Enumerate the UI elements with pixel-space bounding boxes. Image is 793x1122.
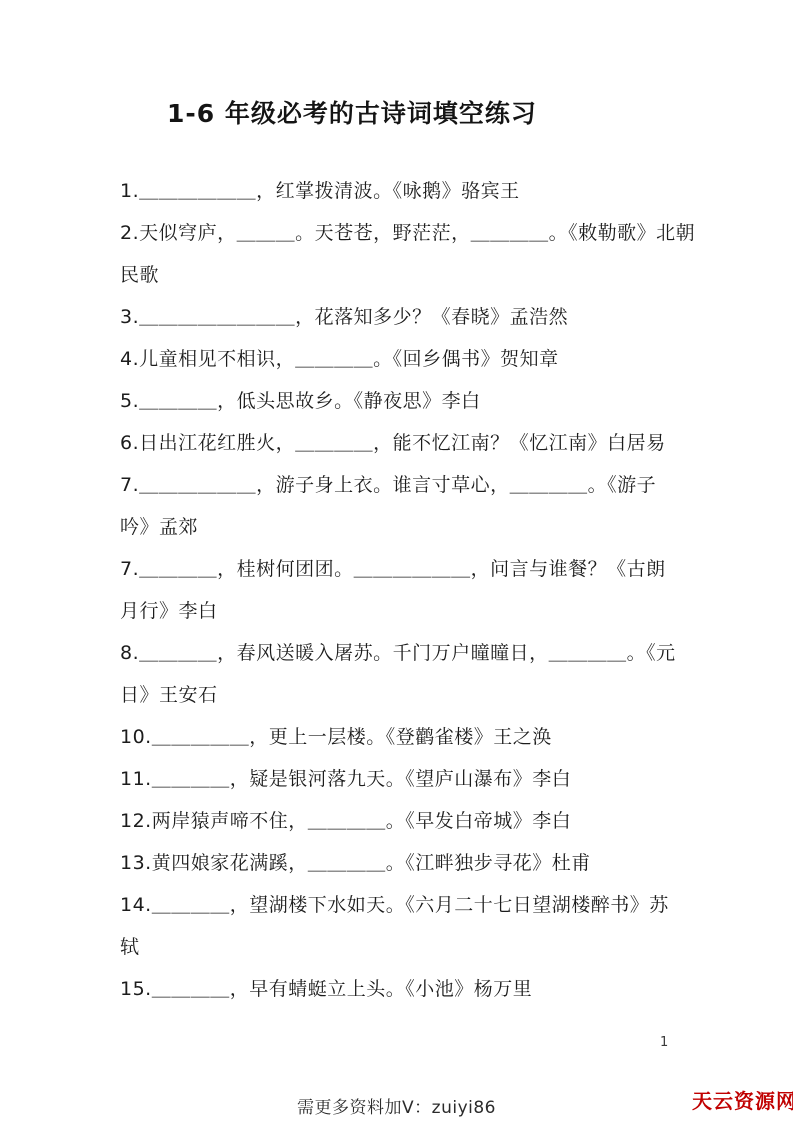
exercise-list: 1.＿＿＿＿＿＿，红掌拨清波。《咏鹅》骆宾王2.天似穹庐，＿＿＿。天苍苍，野茫茫… <box>120 170 720 1010</box>
poem-line: 5.＿＿＿＿，低头思故乡。《静夜思》李白 <box>120 380 720 422</box>
poem-line: 7.＿＿＿＿＿＿，游子身上衣。谁言寸草心，＿＿＿＿。《游子 <box>120 464 720 506</box>
page-number: 1 <box>660 1035 668 1050</box>
poem-line: 7.＿＿＿＿，桂树何团团。＿＿＿＿＿＿，问言与谁餐？《古朗 <box>120 548 720 590</box>
poem-line: 8.＿＿＿＿，春风送暖入屠苏。千门万户曈曈日，＿＿＿＿。《元 <box>120 632 720 674</box>
poem-line: 1.＿＿＿＿＿＿，红掌拨清波。《咏鹅》骆宾王 <box>120 170 720 212</box>
footer-contact-note: 需更多资料加V：zuiyi86 <box>0 1093 793 1118</box>
poem-line: 14.＿＿＿＿，望湖楼下水如天。《六月二十七日望湖楼醉书》苏 <box>120 884 720 926</box>
poem-line: 11.＿＿＿＿，疑是银河落九天。《望庐山瀑布》李白 <box>120 758 720 800</box>
poem-line: 吟》孟郊 <box>120 506 720 548</box>
poem-line: 10.＿＿＿＿＿，更上一层楼。《登鹳雀楼》王之涣 <box>120 716 720 758</box>
poem-line: 日》王安石 <box>120 674 720 716</box>
poem-line: 4.儿童相见不相识，＿＿＿＿。《回乡偶书》贺知章 <box>120 338 720 380</box>
watermark-site-name: 天云资源网 <box>692 1085 793 1114</box>
poem-line: 轼 <box>120 926 720 968</box>
poem-line: 月行》李白 <box>120 590 720 632</box>
poem-line: 民歌 <box>120 254 720 296</box>
poem-line: 2.天似穹庐，＿＿＿。天苍苍，野茫茫，＿＿＿＿。《敕勒歌》北朝 <box>120 212 720 254</box>
poem-line: 3.＿＿＿＿＿＿＿＿，花落知多少？《春晓》孟浩然 <box>120 296 720 338</box>
page-title: 1-6 年级必考的古诗词填空练习 <box>167 94 537 130</box>
poem-line: 12.两岸猿声啼不住，＿＿＿＿。《早发白帝城》李白 <box>120 800 720 842</box>
poem-line: 6.日出江花红胜火，＿＿＿＿，能不忆江南？《忆江南》白居易 <box>120 422 720 464</box>
poem-line: 13.黄四娘家花满蹊，＿＿＿＿。《江畔独步寻花》杜甫 <box>120 842 720 884</box>
poem-line: 15.＿＿＿＿，早有蜻蜓立上头。《小池》杨万里 <box>120 968 720 1010</box>
document-page: 1-6 年级必考的古诗词填空练习 1.＿＿＿＿＿＿，红掌拨清波。《咏鹅》骆宾王2… <box>0 0 793 1122</box>
